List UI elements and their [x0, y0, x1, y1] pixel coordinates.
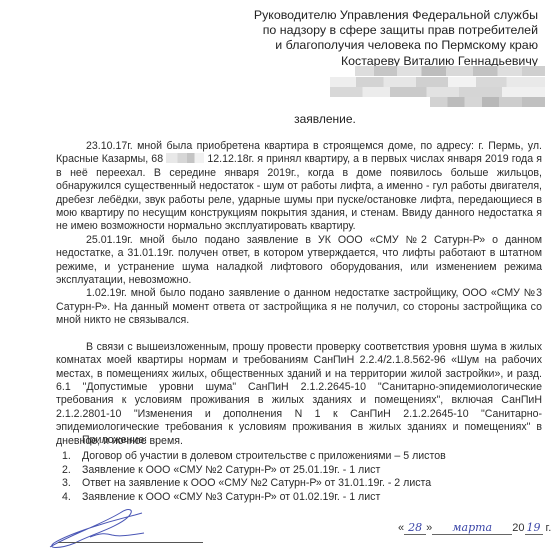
date-year-mark: г.: [543, 522, 552, 534]
addressee-line-1: Руководителю Управления Федеральной служ…: [254, 8, 538, 23]
addressee-line-2: по надзору в сфере защиты прав потребите…: [254, 23, 538, 38]
date-day: 28: [404, 522, 426, 535]
attachment-number: 2.: [62, 464, 82, 478]
redaction-bar: [355, 66, 545, 76]
attachment-text: Заявление к ООО «СМУ №3 Сатурн-Р» от 01.…: [82, 491, 380, 505]
signature-date: «28»марта2019 г.: [398, 522, 551, 535]
attachment-item: 1.Договор об участии в долевом строитель…: [62, 450, 446, 464]
attachment-text: Договор об участии в долевом строительст…: [82, 450, 446, 464]
redaction-bar: [330, 77, 545, 87]
addressee-line-3: и благополучия человека по Пермскому кра…: [254, 38, 538, 53]
attachment-text: Ответ на заявление к ООО «СМУ №2 Сатурн-…: [82, 477, 431, 491]
redaction-bar: [330, 87, 545, 97]
date-month: марта: [432, 522, 512, 535]
attachment-item: 3.Ответ на заявление к ООО «СМУ №2 Сатур…: [62, 477, 446, 491]
signature-icon: [40, 505, 210, 550]
paragraph-management-company: 25.01.19г. мной было подано заявление в …: [56, 234, 542, 288]
date-year-prefix: 20: [512, 522, 524, 534]
attachment-number: 4.: [62, 491, 82, 505]
statement-body: 23.10.17г. мной была приобретена квартир…: [56, 140, 542, 448]
paragraph-purchase: 23.10.17г. мной была приобретена квартир…: [56, 140, 542, 234]
redaction-bar: [430, 97, 545, 107]
attachment-number: 1.: [62, 450, 82, 464]
redacted-apartment-number: [166, 153, 204, 163]
paragraph-request: В связи с вышеизложенным, прошу провести…: [56, 341, 542, 448]
attachment-item: 2.Заявление к ООО «СМУ №2 Сатурн-Р» от 2…: [62, 464, 446, 478]
attachment-text: Заявление к ООО «СМУ №2 Сатурн-Р» от 25.…: [82, 464, 380, 478]
attachments-title: Приложение:: [82, 434, 147, 446]
attachment-number: 3.: [62, 477, 82, 491]
addressee-block: Руководителю Управления Федеральной служ…: [254, 8, 538, 69]
signature-line: [58, 542, 203, 543]
attachments-list: 1.Договор об участии в долевом строитель…: [62, 450, 446, 504]
attachment-item: 4.Заявление к ООО «СМУ №3 Сатурн-Р» от 0…: [62, 491, 446, 505]
document-title: заявление.: [0, 112, 560, 126]
paragraph-developer: 1.02.19г. мной было подано заявление о д…: [56, 287, 542, 327]
date-year-suffix: 19: [525, 522, 543, 535]
